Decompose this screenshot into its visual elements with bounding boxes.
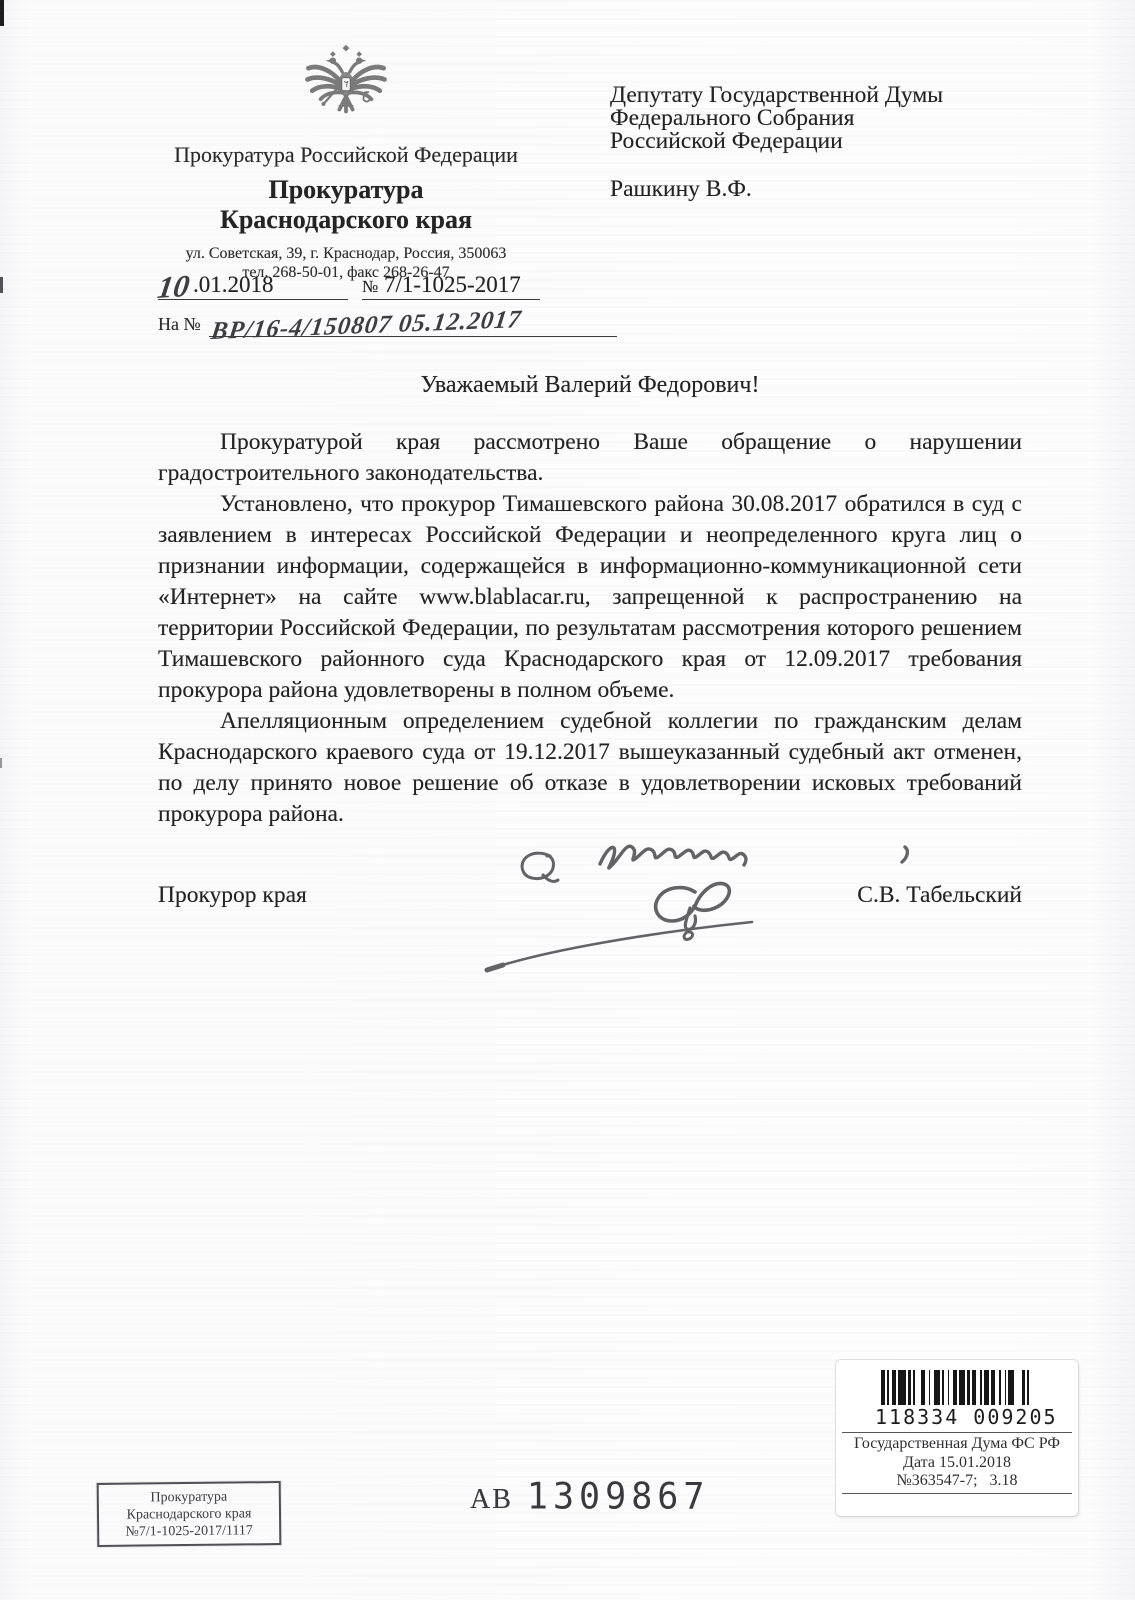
org-name-line2: Краснодарского края bbox=[100, 205, 592, 235]
date-suffix: .01.2018 bbox=[193, 272, 274, 298]
russia-coat-of-arms-icon bbox=[298, 40, 394, 134]
registry-stamp-line1: Прокуратура bbox=[99, 1488, 279, 1507]
barcode-digits: 118334 009205 bbox=[875, 1405, 1043, 1429]
duma-number: №363547-7; 3.18 bbox=[836, 1472, 1078, 1491]
parent-org-name: Прокуратура Российской Федерации bbox=[100, 142, 592, 168]
salutation: Уважаемый Валерий Федорович! bbox=[158, 372, 1022, 399]
handwritten-day: 10 bbox=[156, 275, 191, 299]
blank-serial: АВ 1309867 bbox=[470, 1477, 709, 1517]
scanned-letter-page: Прокуратура Российской Федерации Прокура… bbox=[0, 0, 1135, 1600]
numero-sign: № bbox=[362, 277, 378, 296]
addressee-line1: Депутату Государственной Думы bbox=[610, 84, 1040, 107]
scan-artifact-left-edge-2 bbox=[0, 758, 2, 768]
paragraph-1: Прокуратурой края рассмотрено Ваше обращ… bbox=[158, 427, 1022, 489]
label-divider-top bbox=[842, 1432, 1072, 1433]
duma-barcode-label: 118334 009205 Государственная Дума ФС РФ… bbox=[836, 1360, 1078, 1516]
reply-to-label: На № bbox=[158, 314, 201, 337]
org-name-line1: Прокуратура bbox=[100, 175, 592, 205]
blank-serial-prefix: АВ bbox=[470, 1484, 513, 1516]
registry-stamp: Прокуратура Краснодарского края №7/1-102… bbox=[97, 1481, 282, 1547]
paragraph-2: Установлено, что прокурор Тимашевского р… bbox=[158, 489, 1022, 706]
addressee-line3: Российской Федерации bbox=[610, 130, 1040, 153]
label-divider-bottom bbox=[842, 1493, 1072, 1494]
signer-position: Прокурор края bbox=[158, 882, 307, 909]
outgoing-number-field: № 7/1-1025-2017 bbox=[362, 272, 540, 300]
reference-block: 10 .01.2018 № 7/1-1025-2017 На № ВР/16-4… bbox=[158, 272, 638, 337]
scan-artifact-corner bbox=[0, 0, 4, 26]
scan-artifact-left-edge bbox=[0, 277, 3, 293]
registry-stamp-line2: Краснодарского края bbox=[99, 1505, 279, 1524]
registry-stamp-line3: №7/1-1025-2017/1117 bbox=[99, 1522, 279, 1541]
org-address: ул. Советская, 39, г. Краснодар, Россия,… bbox=[100, 244, 592, 263]
handwritten-incoming-number: ВР/16-4/150807 05.12.2017 bbox=[209, 306, 523, 346]
duma-org: Государственная Дума ФС РФ bbox=[836, 1435, 1078, 1454]
duma-date: Дата 15.01.2018 bbox=[836, 1454, 1078, 1473]
incoming-number-field: ВР/16-4/150807 05.12.2017 bbox=[209, 310, 617, 337]
signature-and-note bbox=[450, 800, 930, 980]
letterhead: Прокуратура Российской Федерации Прокура… bbox=[100, 40, 592, 282]
addressee-line2: Федерального Собрания bbox=[610, 107, 1040, 130]
org-name: Прокуратура Краснодарского края bbox=[100, 175, 592, 235]
outgoing-date-field: 10 .01.2018 bbox=[158, 272, 348, 300]
blank-serial-number: 1309867 bbox=[527, 1476, 710, 1518]
outgoing-number: 7/1-1025-2017 bbox=[384, 272, 521, 297]
addressee-name: Рашкину В.Ф. bbox=[610, 178, 1040, 201]
letter-body: Прокуратурой края рассмотрено Ваше обращ… bbox=[158, 427, 1022, 830]
addressee-block: Депутату Государственной Думы Федерально… bbox=[610, 84, 1040, 201]
